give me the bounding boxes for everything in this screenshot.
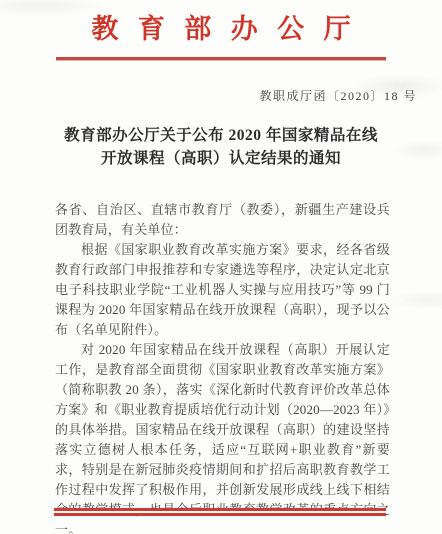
document-number: 教职成厅函〔2020〕18 号 [0,87,442,104]
document-title-line-1: 教育部办公厅关于公布 2020 年国家精品在线 [0,124,442,147]
official-document-page: 教育部办公厅 教职成厅函〔2020〕18 号 教育部办公厅关于公布 2020 年… [0,0,442,534]
document-title-line-2: 开放课程（高职）认定结果的通知 [0,147,442,170]
letterhead-title: 教育部办公厅 [0,13,442,45]
body-paragraph: 对 2020 年国家精品在线开放课程（高职）开展认定工作，是教育部全面贯彻《国家… [55,340,390,534]
footer-red-double-rule [54,508,386,516]
letterhead-red-rule [56,57,386,61]
document-title: 教育部办公厅关于公布 2020 年国家精品在线 开放课程（高职）认定结果的通知 [0,124,442,170]
salutation: 各省、自治区、直辖市教育厅（教委），新疆生产建设兵团教育局，有关单位： [55,200,390,240]
document-body: 各省、自治区、直辖市教育厅（教委），新疆生产建设兵团教育局，有关单位： 根据《国… [0,200,442,534]
body-paragraph: 根据《国家职业教育改革实施方案》要求，经各省级教育行政部门申报推荐和专家遴选等程… [55,240,390,340]
